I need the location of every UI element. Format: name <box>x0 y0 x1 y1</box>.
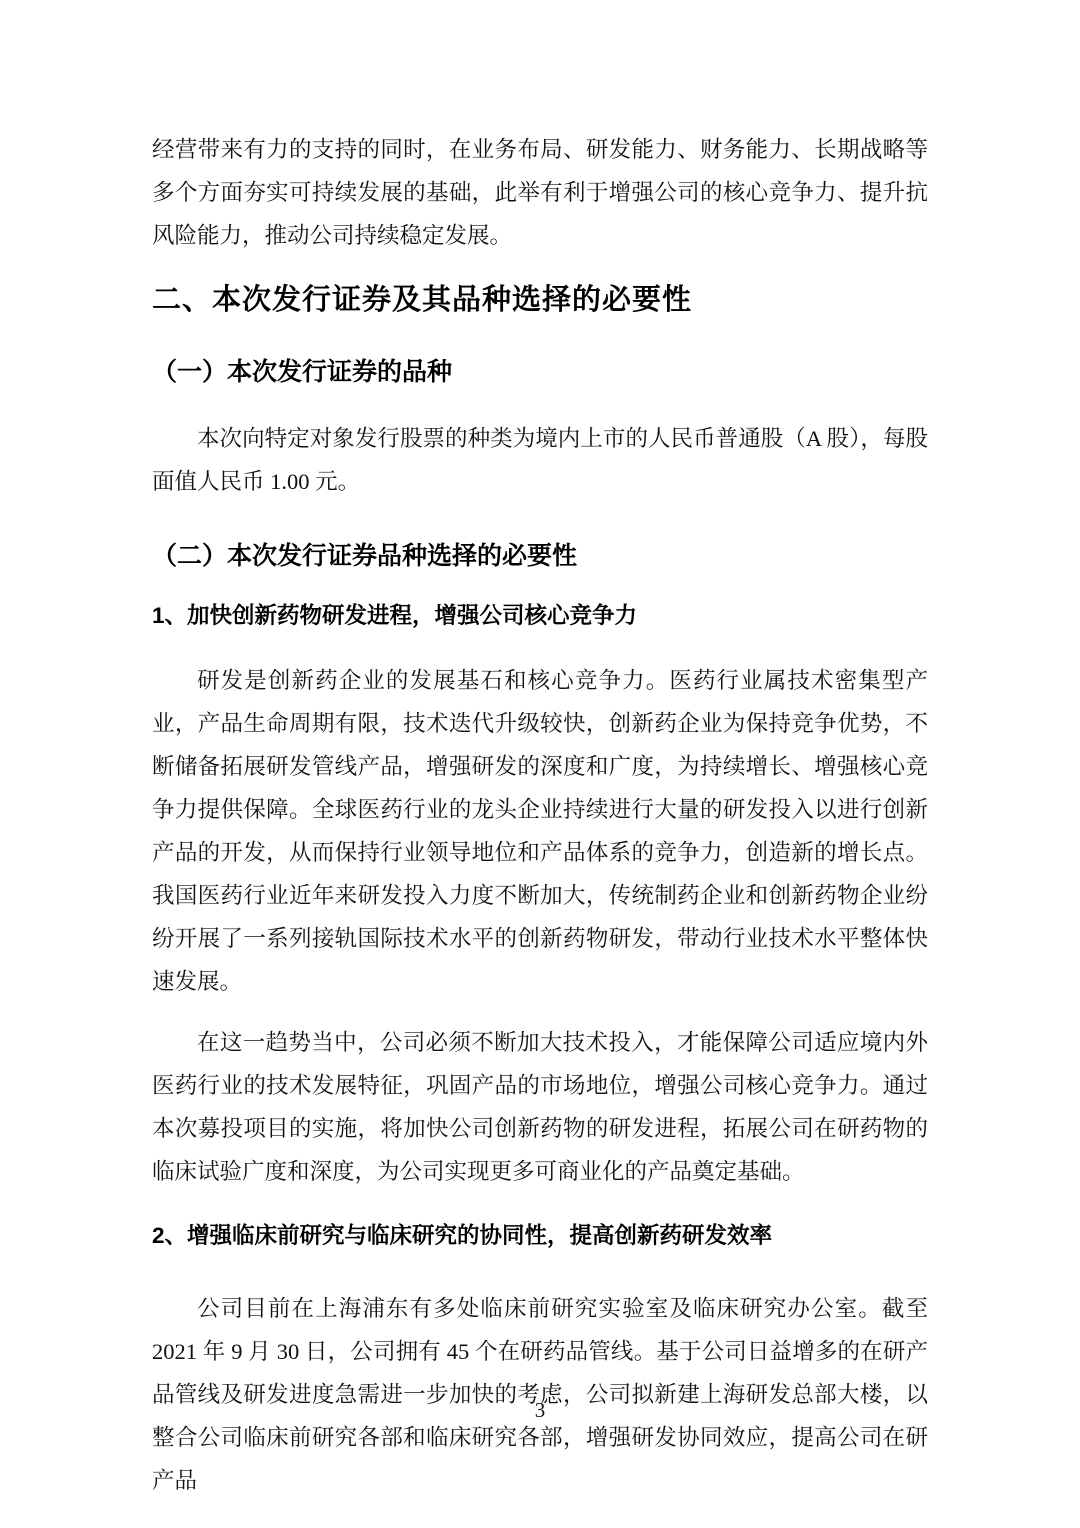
page-footer: 3 <box>0 1398 1080 1423</box>
page-number: 3 <box>535 1398 546 1422</box>
subsection-2-heading: （二）本次发行证券品种选择的必要性 <box>152 539 928 573</box>
item-1-paragraph-b: 在这一趋势当中，公司必须不断加大技术投入，才能保障公司适应境内外医药行业的技术发… <box>152 1021 928 1193</box>
carryover-paragraph: 经营带来有力的支持的同时，在业务布局、研发能力、财务能力、长期战略等多个方面夯实… <box>152 128 928 257</box>
item-2-paragraph-a: 公司目前在上海浦东有多处临床前研究实验室及临床研究办公室。截至 2021 年 9… <box>152 1287 928 1502</box>
item-1-paragraph-a: 研发是创新药企业的发展基石和核心竞争力。医药行业属技术密集型产业，产品生命周期有… <box>152 659 928 1003</box>
item-1-heading: 1、加快创新药物研发进程，增强公司核心竞争力 <box>152 601 928 631</box>
section-heading: 二、本次发行证券及其品种选择的必要性 <box>152 281 928 319</box>
subsection-1-paragraph: 本次向特定对象发行股票的种类为境内上市的人民币普通股（A 股），每股面值人民币 … <box>152 417 928 503</box>
subsection-1-heading: （一）本次发行证券的品种 <box>152 355 928 389</box>
item-2-heading: 2、增强临床前研究与临床研究的协同性，提高创新药研发效率 <box>152 1221 928 1251</box>
document-page: 经营带来有力的支持的同时，在业务布局、研发能力、财务能力、长期战略等多个方面夯实… <box>0 0 1080 1528</box>
